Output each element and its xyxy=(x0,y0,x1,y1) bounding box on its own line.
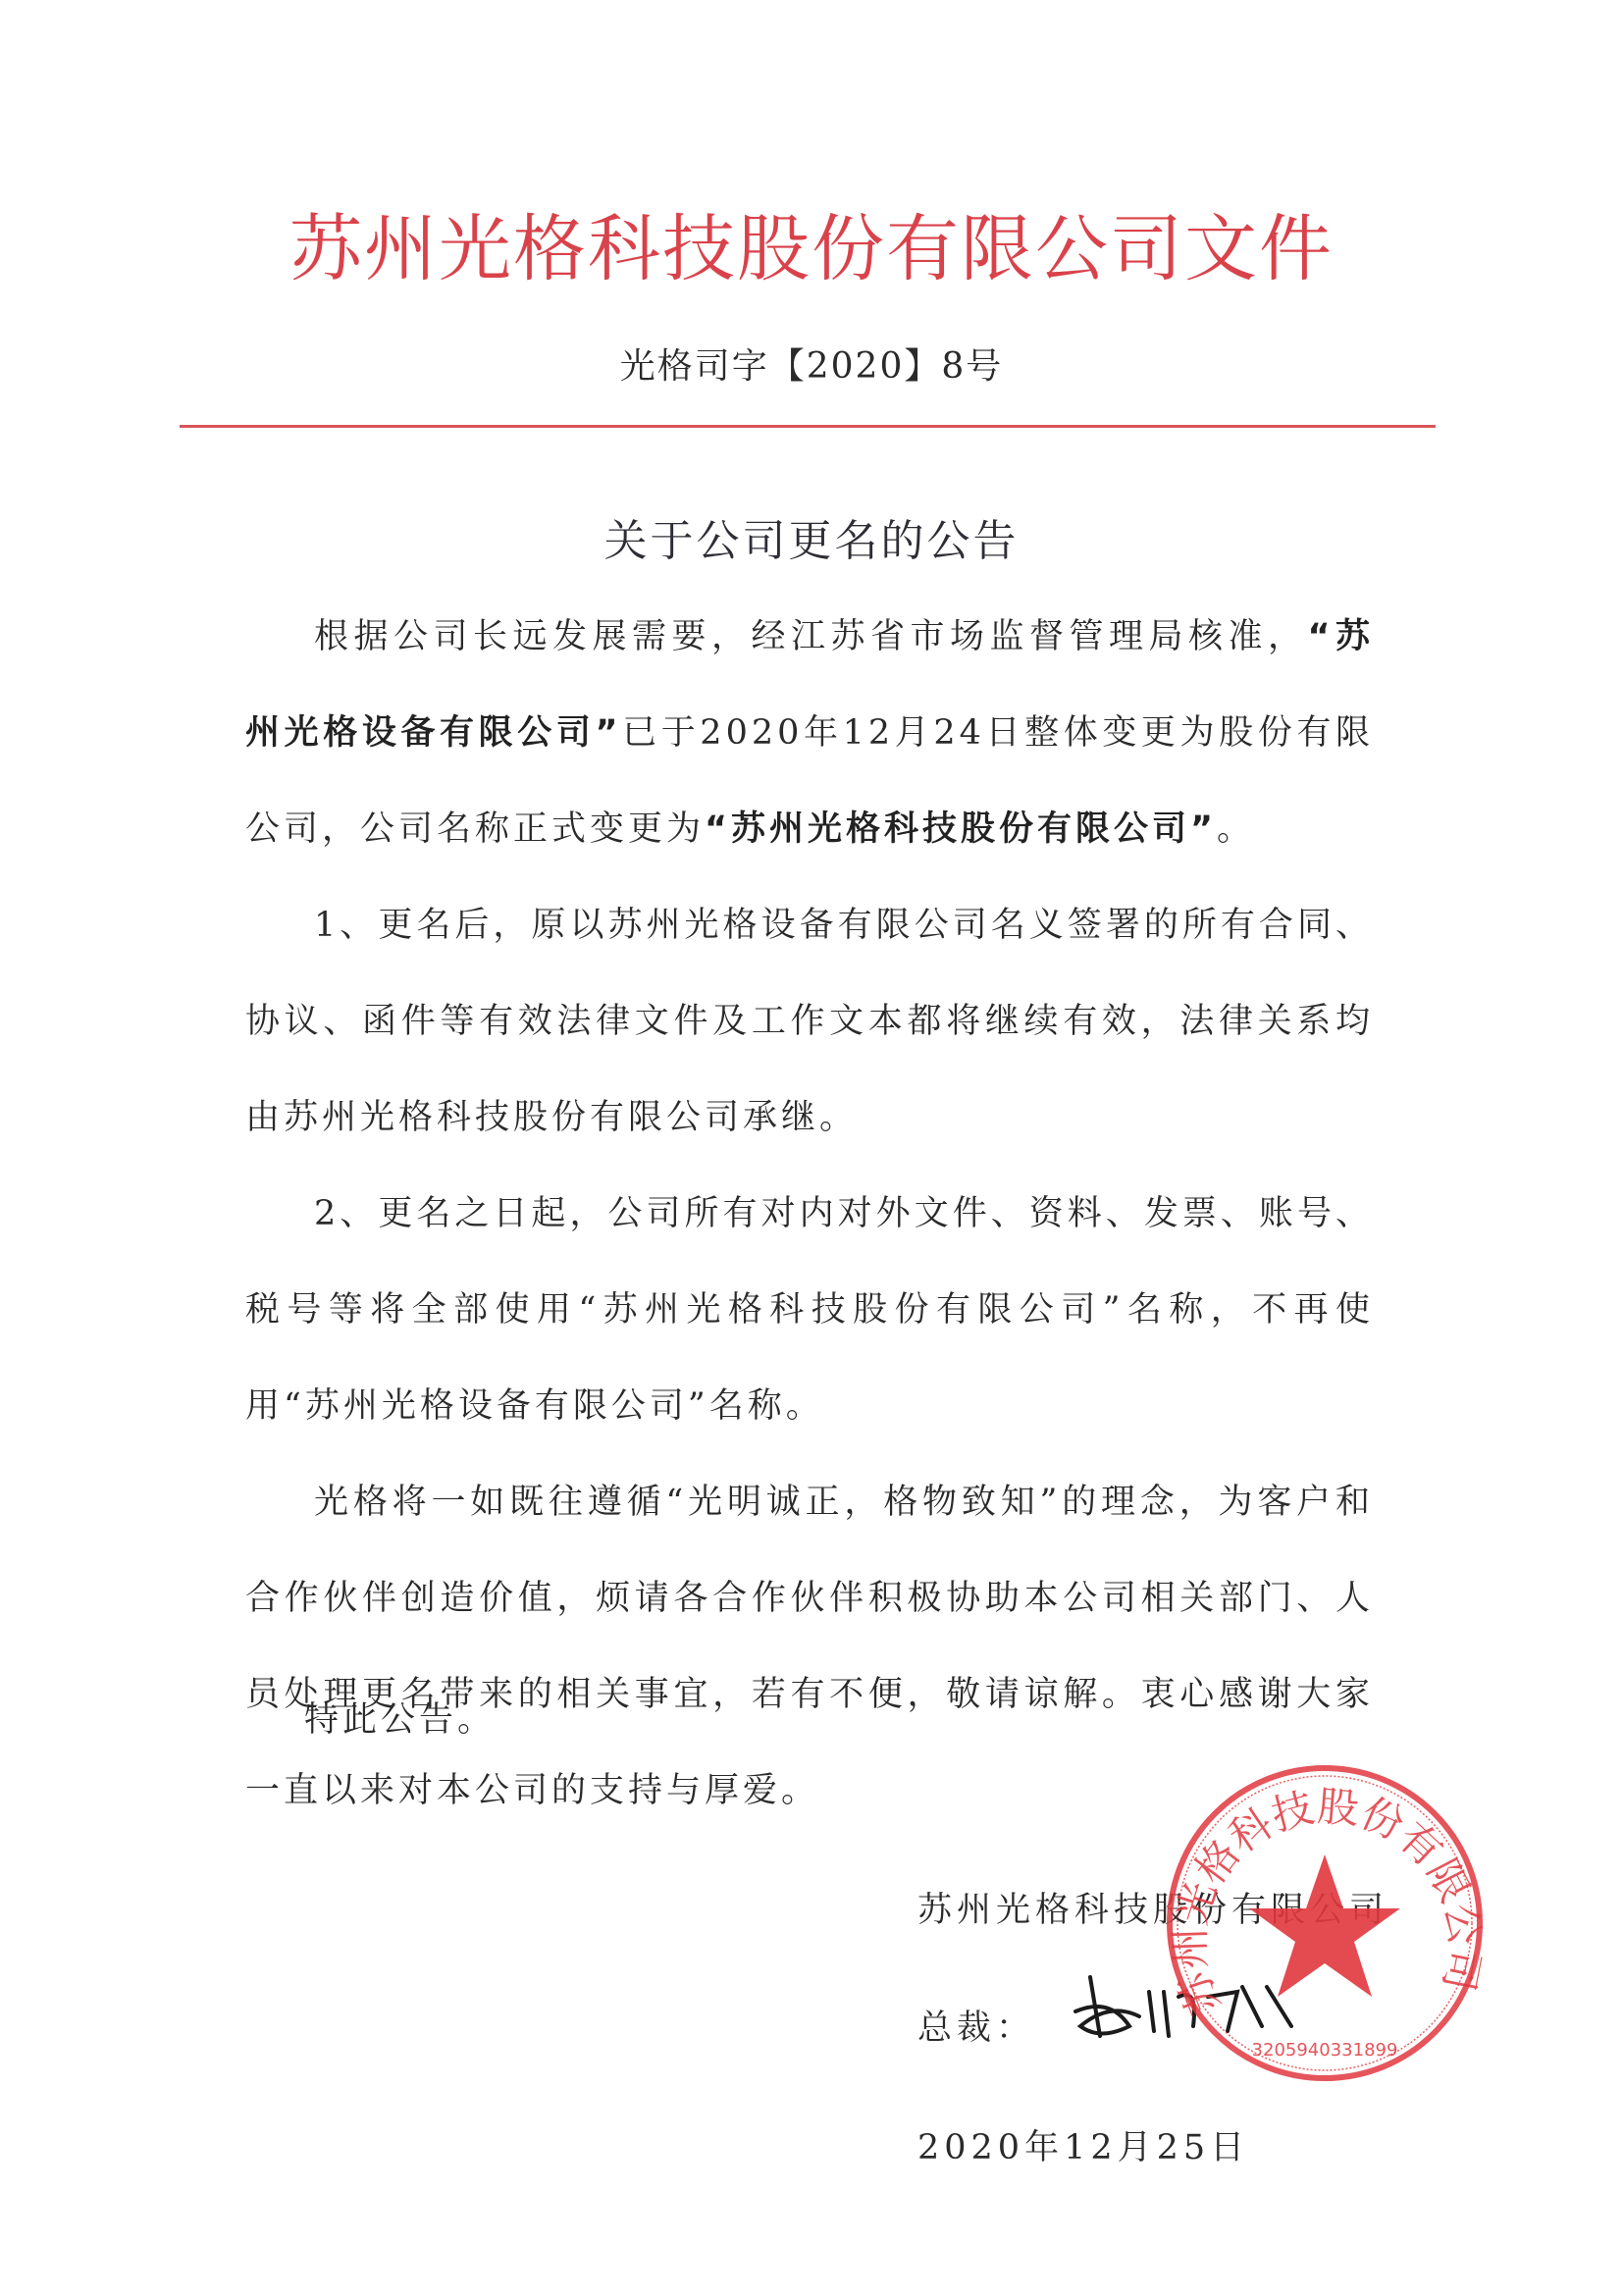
paragraph-3: 2、更名之日起，公司所有对内对外文件、资料、发票、账号、税号等将全部使用“苏州光… xyxy=(245,1166,1374,1454)
closing-remark: 特此公告。 xyxy=(304,1693,496,1742)
paragraph-1: 根据公司长远发展需要，经江苏省市场监督管理局核准，“苏州光格设备有限公司”已于2… xyxy=(245,589,1374,877)
seal-code: 3205940331899 xyxy=(1252,2040,1398,2061)
president-label: 总裁： xyxy=(917,2009,1035,2048)
red-divider xyxy=(180,425,1436,428)
paragraph-2: 1、更名后，原以苏州光格设备有限公司名义签署的所有合同、协议、函件等有效法律文件… xyxy=(245,877,1374,1166)
signing-date: 2020年12月25日 xyxy=(917,2092,1388,2205)
document-page: 苏州光格科技股份有限公司文件 光格司字【2020】8号 关于公司更名的公告 根据… xyxy=(0,0,1623,2296)
document-title: 苏州光格科技股份有限公司文件 xyxy=(0,191,1623,295)
star-icon xyxy=(1249,1854,1400,1997)
paragraph-1-part-1: 根据公司长远发展需要，经江苏省市场监督管理局核准， xyxy=(314,617,1307,656)
company-seal: 苏州光格科技股份有限公司 3205940331899 xyxy=(1163,1761,1487,2085)
notice-heading: 关于公司更名的公告 xyxy=(0,505,1623,568)
paragraph-1-part-5: 。 xyxy=(1217,809,1255,849)
document-number: 光格司字【2020】8号 xyxy=(0,339,1623,389)
notice-body: 根据公司长远发展需要，经江苏省市场监督管理局核准，“苏州光格设备有限公司”已于2… xyxy=(245,589,1374,1839)
new-company-name: “苏州光格科技股份有限公司” xyxy=(705,809,1217,849)
